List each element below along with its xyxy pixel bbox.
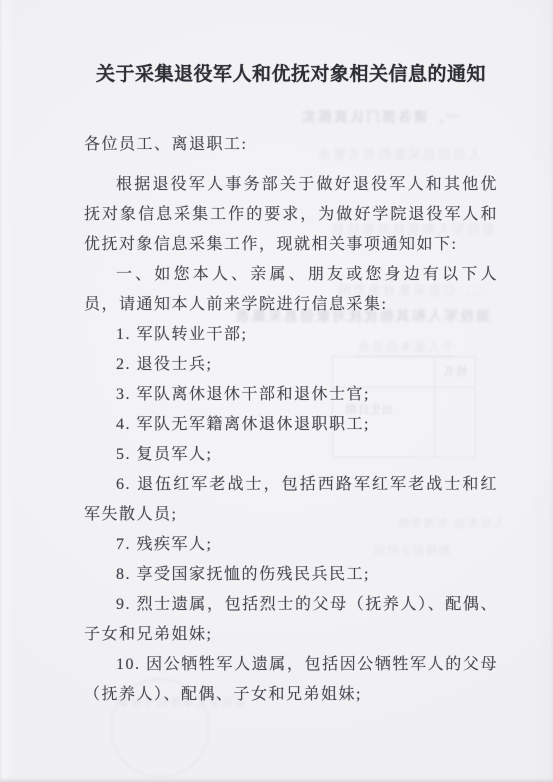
section-paragraph: 一、如您本人、亲属、朋友或您身边有以下人员，请通知本人前来学院进行信息采集: <box>84 260 498 320</box>
list-item-1: 1. 军队转业干部; <box>84 320 498 350</box>
scanned-notice-page: 一、请各部门认真落实 人员信息采集的有关要求 退役军人和优抚对象信息 二、信息采… <box>0 0 553 782</box>
list-item-7: 7. 残疾军人; <box>84 530 498 560</box>
salutation-line: 各位员工、离退职工: <box>84 130 498 160</box>
intro-paragraph: 根据退役军人事务部关于做好退役军人和其他优抚对象信息采集工作的要求，为做好学院退… <box>84 170 498 260</box>
list-item-4: 4. 军队无军籍离休退休退职职工; <box>84 410 498 440</box>
list-item-10: 10. 因公牺牲军人遗属，包括因公牺牲军人的父母（抚养人）、配偶、子女和兄弟姐妹… <box>84 650 498 710</box>
list-item-8: 8. 享受国家抚恤的伤残民兵民工; <box>84 560 498 590</box>
list-item-5: 5. 复员军人; <box>84 440 498 470</box>
document-body: 关于采集退役军人和优抚对象相关信息的通知 各位员工、离退职工: 根据退役军人事务… <box>84 62 498 710</box>
list-item-2: 2. 退役士兵; <box>84 350 498 380</box>
list-item-9: 9. 烈士遗属，包括烈士的父母（抚养人）、配偶、子女和兄弟姐妹; <box>84 590 498 650</box>
list-item-6: 6. 退伍红军老战士，包括西路军红军老战士和红军失散人员; <box>84 470 498 530</box>
list-item-3: 3. 军队离休退休干部和退休士官; <box>84 380 498 410</box>
document-title: 关于采集退役军人和优抚对象相关信息的通知 <box>84 62 498 88</box>
